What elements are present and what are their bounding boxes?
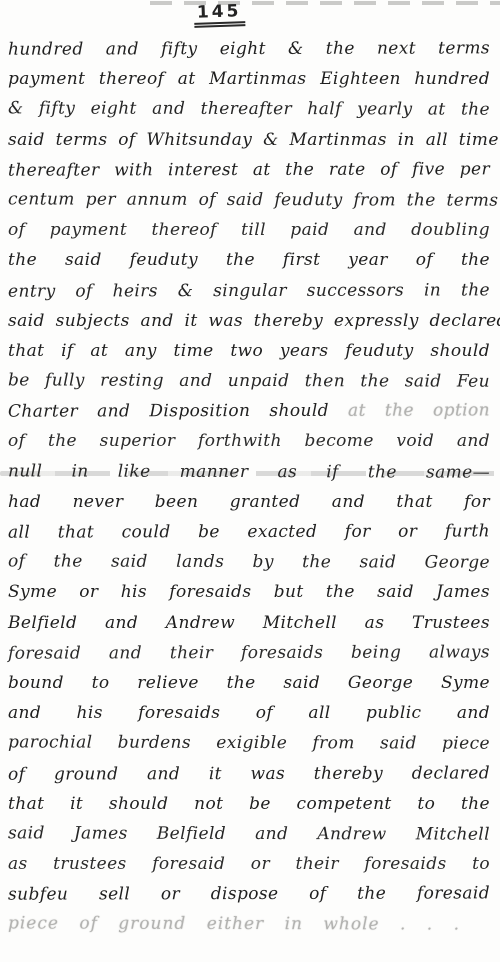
manuscript-line: the said feuduty the first year of the: [8, 245, 490, 275]
manuscript-page: 145 hundred and fifty eight & the next t…: [0, 0, 500, 962]
line-text: said subjects and it was thereby express…: [8, 311, 500, 331]
line-text: thereafter with interest at the rate of …: [8, 159, 490, 180]
manuscript-line: of ground and it was thereby declared: [8, 758, 490, 789]
manuscript-line: said terms of Whitsunday & Martinmas in …: [8, 125, 490, 155]
manuscript-line: foresaid and their foresaids being alway…: [8, 637, 490, 668]
manuscript-line: be fully resting and unpaid then the sai…: [8, 365, 490, 396]
line-text: & fifty eight and thereafter half yearly…: [8, 99, 490, 120]
manuscript-line: that it should not be competent to the: [8, 789, 490, 819]
line-text: subfeu sell or dispose of the foresaid: [8, 884, 490, 905]
manuscript-line: subfeu sell or dispose of the foresaid: [8, 879, 490, 910]
line-text: had never been granted and that for: [8, 492, 490, 512]
line-text: said terms of Whitsunday & Martinmas in …: [8, 130, 499, 150]
manuscript-line: null in like manner as if the same—: [8, 456, 490, 487]
line-text: bound to relieve the said George Syme: [8, 673, 490, 693]
manuscript-line: that if at any time two years feuduty sh…: [8, 336, 490, 366]
manuscript-line: said James Belfield and Andrew Mitchell: [8, 818, 490, 849]
line-text: that it should not be competent to the: [8, 794, 490, 814]
line-text: and his foresaids of all public and: [8, 703, 490, 723]
line-text: centum per annum of said feuduty from th…: [8, 189, 498, 210]
manuscript-line: had never been granted and that for: [8, 487, 490, 517]
manuscript-line: Belfield and Andrew Mitchell as Trustees: [8, 608, 490, 638]
line-text-faded: at the option: [348, 401, 490, 421]
manuscript-line: centum per annum of said feuduty from th…: [8, 184, 490, 215]
line-text: null in like manner as if the same—: [8, 461, 490, 482]
line-text: be fully resting and unpaid then the sai…: [8, 370, 490, 391]
line-text: foresaid and their foresaids being alway…: [8, 642, 490, 663]
line-text: Charter and Disposition should: [8, 401, 329, 422]
manuscript-line: bound to relieve the said George Syme: [8, 668, 490, 698]
line-text: of ground and it was thereby declared: [8, 763, 490, 784]
line-text: as trustees foresaid or their foresaids …: [8, 854, 490, 874]
manuscript-line: parochial burdens exigible from said pie…: [8, 728, 490, 759]
line-text: that if at any time two years feuduty sh…: [8, 341, 490, 361]
manuscript-line: entry of heirs & singular successors in …: [8, 275, 490, 306]
line-text: payment thereof at Martinmas Eighteen hu…: [8, 69, 490, 89]
page-number: 145: [193, 1, 244, 28]
page-number-row: 145: [0, 0, 500, 30]
line-text: Belfield and Andrew Mitchell as Trustees: [8, 613, 490, 633]
manuscript-line: of payment thereof till paid and doublin…: [8, 215, 490, 245]
line-text: parochial burdens exigible from said pie…: [8, 733, 490, 754]
line-text: the said feuduty the first year of the: [8, 250, 490, 270]
manuscript-line: Syme or his foresaids but the said James: [8, 577, 490, 607]
manuscript-line: hundred and fifty eight & the next terms: [8, 33, 490, 64]
manuscript-body: hundred and fifty eight & the next terms…: [0, 30, 500, 940]
line-text: Syme or his foresaids but the said James: [8, 582, 490, 602]
manuscript-line: said subjects and it was thereby express…: [8, 306, 490, 336]
manuscript-line: thereafter with interest at the rate of …: [8, 154, 490, 185]
manuscript-line: piece of ground either in whole . . .: [8, 909, 490, 940]
line-text: of payment thereof till paid and doublin…: [8, 220, 490, 240]
line-text-faded: piece of ground either in whole . . .: [8, 914, 460, 935]
line-text: said James Belfield and Andrew Mitchell: [8, 823, 490, 844]
line-text: of the superior forthwith become void an…: [8, 431, 490, 451]
manuscript-line: & fifty eight and thereafter half yearly…: [8, 94, 490, 125]
manuscript-line: of the superior forthwith become void an…: [8, 426, 490, 456]
manuscript-line: of the said lands by the said George: [8, 547, 490, 578]
line-text: all that could be exacted for or furth: [8, 521, 490, 542]
line-text: of the said lands by the said George: [8, 552, 490, 573]
manuscript-line: and his foresaids of all public and: [8, 698, 490, 728]
manuscript-line: all that could be exacted for or furth: [8, 516, 490, 547]
manuscript-line: payment thereof at Martinmas Eighteen hu…: [8, 64, 490, 94]
manuscript-line: as trustees foresaid or their foresaids …: [8, 849, 490, 879]
manuscript-line: Charter and Disposition should at the op…: [8, 396, 490, 427]
line-text: hundred and fifty eight & the next terms: [8, 38, 490, 59]
line-text: entry of heirs & singular successors in …: [8, 280, 490, 301]
